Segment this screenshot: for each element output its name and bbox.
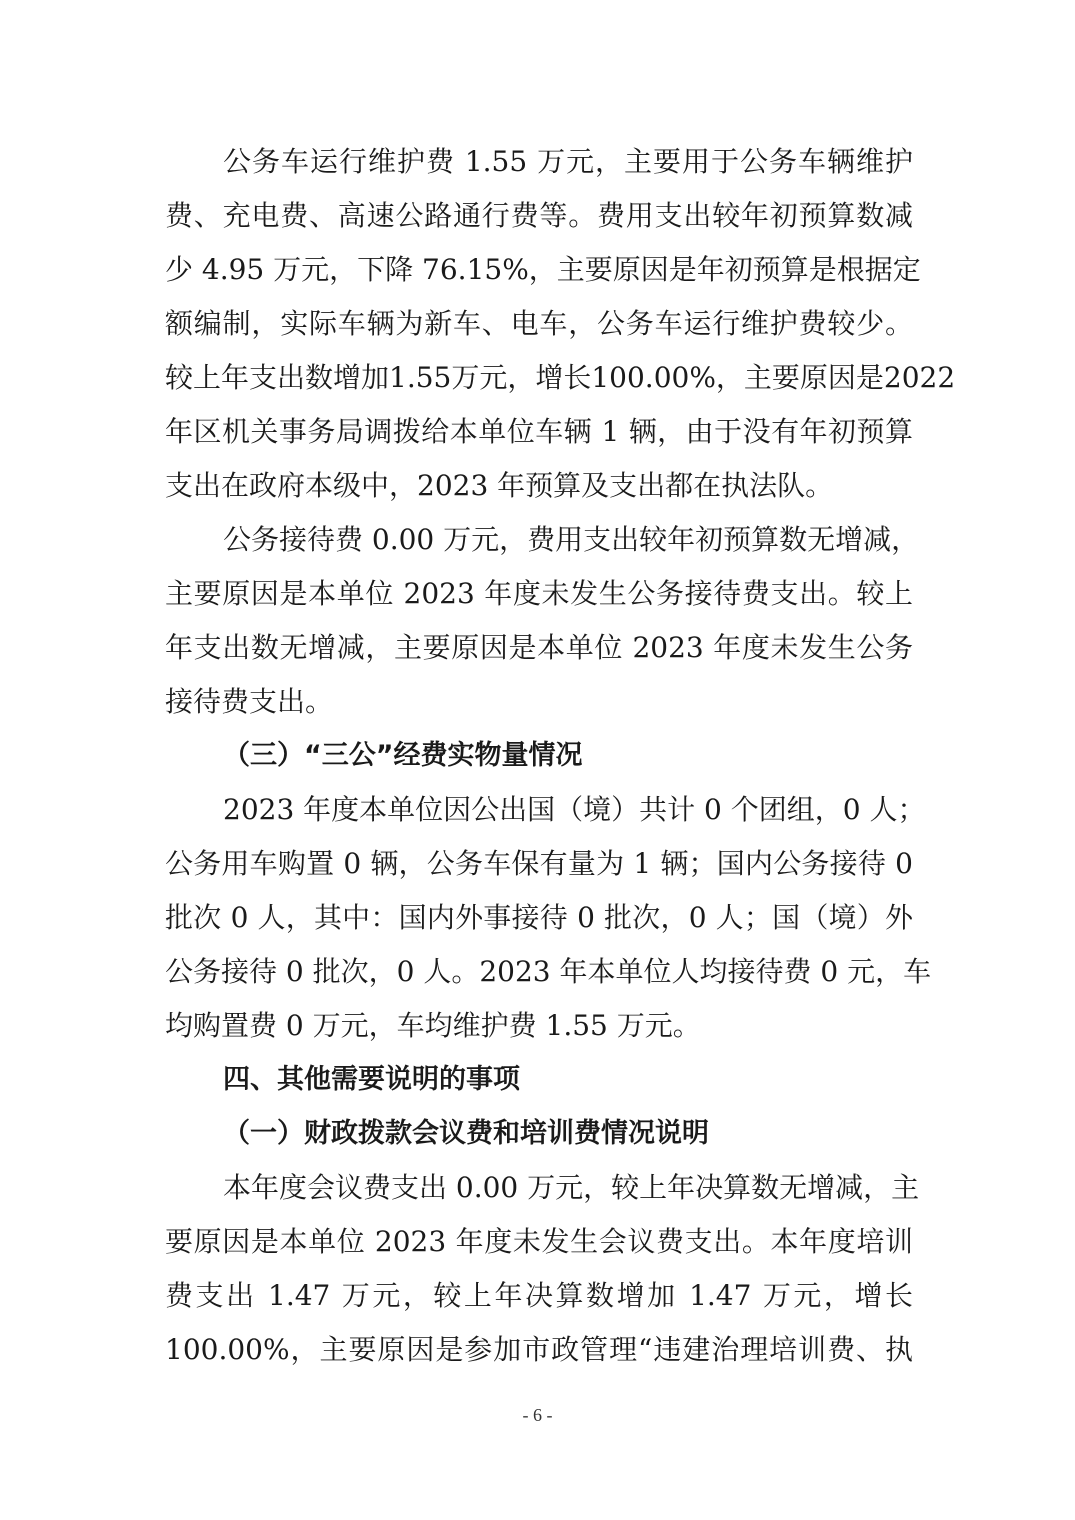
text-line: 额编制，实际车辆为新车、电车，公务车运行维护费较少。	[165, 304, 913, 344]
text-line: 少 4.95 万元，下降 76.15%，主要原因是年初预算是根据定	[165, 250, 913, 290]
text-line: 本年度会议费支出 0.00 万元，较上年决算数无增减，主	[223, 1168, 913, 1208]
text-line: 支出在政府本级中，2023 年预算及支出都在执法队。	[165, 466, 913, 506]
text-line: 均购置费 0 万元，车均维护费 1.55 万元。	[165, 1006, 913, 1046]
section-heading: （一）财政拨款会议费和培训费情况说明	[223, 1114, 913, 1154]
document-page: 公务车运行维护费 1.55 万元，主要用于公务车辆维护费、充电费、高速公路通行费…	[0, 0, 1075, 1520]
text-line: 主要原因是本单位 2023 年度未发生公务接待费支出。较上	[165, 574, 913, 614]
text-line: 费、充电费、高速公路通行费等。费用支出较年初预算数减	[165, 196, 913, 236]
text-line: 接待费支出。	[165, 682, 913, 722]
text-line: 费支出 1.47 万元，较上年决算数增加 1.47 万元，增长	[165, 1276, 913, 1316]
text-line: 公务接待 0 批次，0 人。2023 年本单位人均接待费 0 元，车	[165, 952, 913, 992]
text-line: 要原因是本单位 2023 年度未发生会议费支出。本年度培训	[165, 1222, 913, 1262]
text-line: 公务用车购置 0 辆，公务车保有量为 1 辆；国内公务接待 0	[165, 844, 913, 884]
text-line: 100.00%，主要原因是参加市政管理“违建治理培训费、执	[165, 1330, 913, 1370]
page-number: - 6 -	[0, 1405, 1075, 1426]
text-line: 年支出数无增减，主要原因是本单位 2023 年度未发生公务	[165, 628, 913, 668]
section-heading: （三）“三公”经费实物量情况	[223, 736, 913, 776]
text-line: 批次 0 人，其中：国内外事接待 0 批次，0 人；国（境）外	[165, 898, 913, 938]
text-line: 较上年支出数增加1.55万元，增长100.00%，主要原因是2022	[165, 358, 913, 398]
text-line: 年区机关事务局调拨给本单位车辆 1 辆，由于没有年初预算	[165, 412, 913, 452]
section-heading: 四、其他需要说明的事项	[223, 1060, 913, 1100]
text-line: 公务接待费 0.00 万元，费用支出较年初预算数无增减，	[223, 520, 913, 560]
text-line: 公务车运行维护费 1.55 万元，主要用于公务车辆维护	[223, 142, 913, 182]
text-line: 2023 年度本单位因公出国（境）共计 0 个团组，0 人；	[223, 790, 913, 830]
